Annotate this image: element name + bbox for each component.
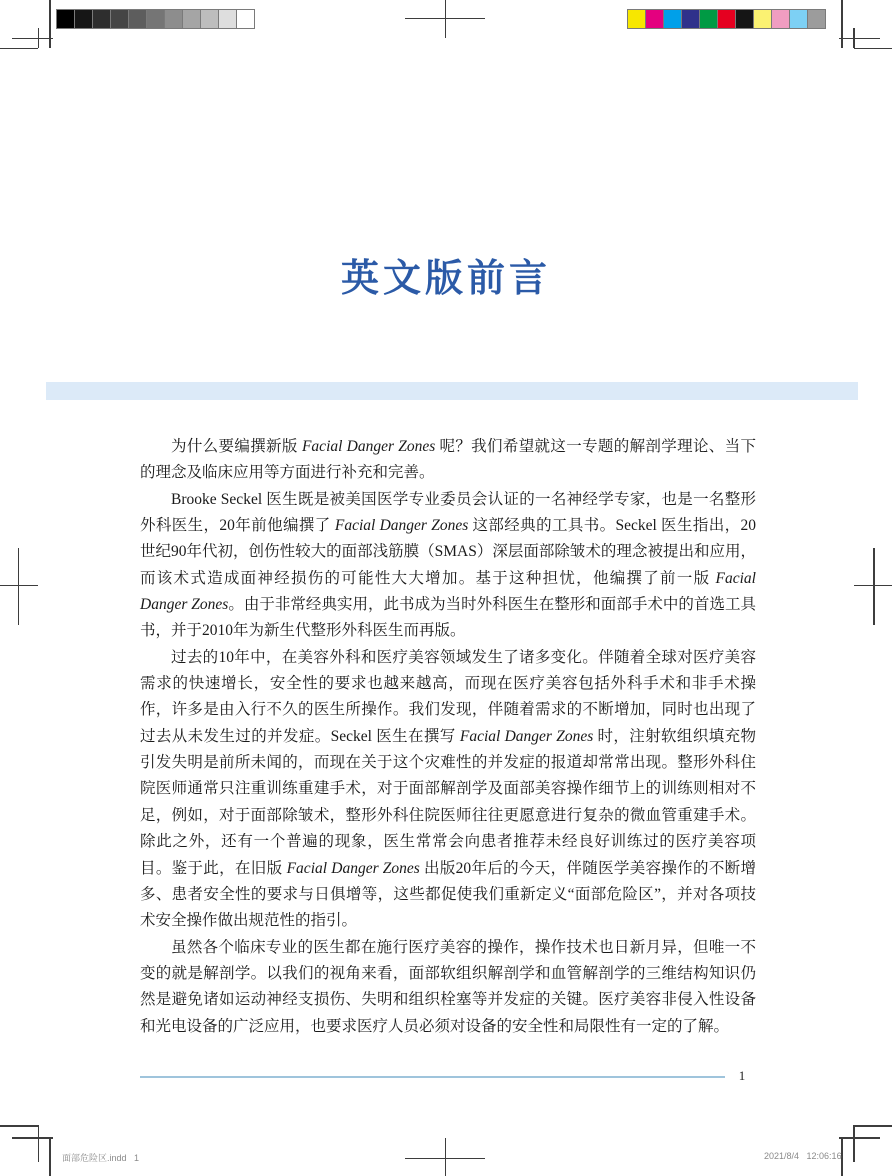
page-title: 英文版前言 <box>0 253 892 305</box>
book-title-italic: Facial Danger Zones <box>335 517 468 534</box>
book-title-italic: Facial Danger Zones <box>460 728 593 745</box>
registration-cross <box>445 0 447 38</box>
calibration-swatch <box>128 9 147 29</box>
crop-mark <box>49 0 51 48</box>
page-number: 1 <box>730 1068 754 1084</box>
registration-cross <box>405 1158 485 1160</box>
body-text: 为什么要编撰新版 Facial Danger Zones 呢？我们希望就这一专题… <box>140 434 756 1040</box>
calibration-swatch <box>92 9 111 29</box>
calibration-swatch <box>627 9 646 29</box>
registration-cross <box>873 548 875 625</box>
calibration-swatch <box>735 9 754 29</box>
crop-mark <box>38 1125 40 1162</box>
calibration-swatch <box>146 9 165 29</box>
body-paragraph: 为什么要编撰新版 Facial Danger Zones 呢？我们希望就这一专题… <box>140 434 756 487</box>
registration-cross <box>0 585 38 587</box>
crop-mark <box>839 38 880 40</box>
registration-cross <box>854 585 892 587</box>
calibration-swatch <box>753 9 772 29</box>
calibration-swatch <box>74 9 93 29</box>
calibration-swatch <box>771 9 790 29</box>
body-paragraph: Brooke Seckel 医生既是被美国医学专业委员会认证的一名神经学专家，也… <box>140 487 756 645</box>
section-divider-band <box>46 382 858 400</box>
registration-cross <box>18 548 20 625</box>
calibration-swatch <box>110 9 129 29</box>
text-run: 时，注射软组织填充物引发失明是前所未闻的，而现在关于这个灾难性的并发症的报道却常… <box>140 728 756 877</box>
crop-mark <box>49 1137 51 1176</box>
book-title-italic: Facial Danger Zones <box>302 438 435 455</box>
crop-mark <box>12 38 53 40</box>
calibration-swatch <box>699 9 718 29</box>
calibration-swatch <box>218 9 237 29</box>
crop-mark <box>0 1125 38 1127</box>
calibration-swatch <box>200 9 219 29</box>
calibration-swatch <box>182 9 201 29</box>
crop-mark <box>854 48 892 50</box>
registration-cross <box>405 18 485 20</box>
footer-rule <box>140 1076 725 1078</box>
book-title-italic: Facial Danger Zones <box>287 860 420 877</box>
crop-mark <box>841 0 843 48</box>
calibration-swatch <box>789 9 808 29</box>
calibration-swatch <box>645 9 664 29</box>
crop-mark <box>853 28 855 48</box>
body-paragraph: 虽然各个临床专业的医生都在施行医疗美容的操作，操作技术也日新月异，但唯一不变的就… <box>140 935 756 1040</box>
calibration-swatch <box>663 9 682 29</box>
calibration-swatch <box>164 9 183 29</box>
crop-mark <box>12 1137 53 1139</box>
grayscale-calibration-bar <box>57 9 255 29</box>
calibration-swatch <box>717 9 736 29</box>
text-run: 。由于非常经典实用，此书成为当时外科医生在整形和面部手术中的首选工具书，并于20… <box>140 596 756 639</box>
calibration-swatch <box>236 9 255 29</box>
printed-page: 英文版前言 为什么要编撰新版 Facial Danger Zones 呢？我们希… <box>0 0 892 1176</box>
calibration-swatch <box>681 9 700 29</box>
crop-mark <box>839 1137 880 1139</box>
crop-mark <box>38 28 40 48</box>
text-run: 虽然各个临床专业的医生都在施行医疗美容的操作，操作技术也日新月异，但唯一不变的就… <box>140 939 756 1035</box>
color-calibration-bar <box>628 9 826 29</box>
crop-mark <box>853 1125 855 1162</box>
calibration-swatch <box>56 9 75 29</box>
crop-mark <box>854 1125 892 1127</box>
crop-mark <box>0 48 38 50</box>
body-paragraph: 过去的10年中，在美容外科和医疗美容领域发生了诸多变化。伴随着全球对医疗美容需求… <box>140 645 756 935</box>
document-filename: 面部危险区.indd 1 <box>62 1151 139 1164</box>
text-run: 为什么要编撰新版 <box>171 438 302 455</box>
calibration-swatch <box>807 9 826 29</box>
print-timestamp: 2021/8/4 12:06:16 <box>764 1151 842 1161</box>
